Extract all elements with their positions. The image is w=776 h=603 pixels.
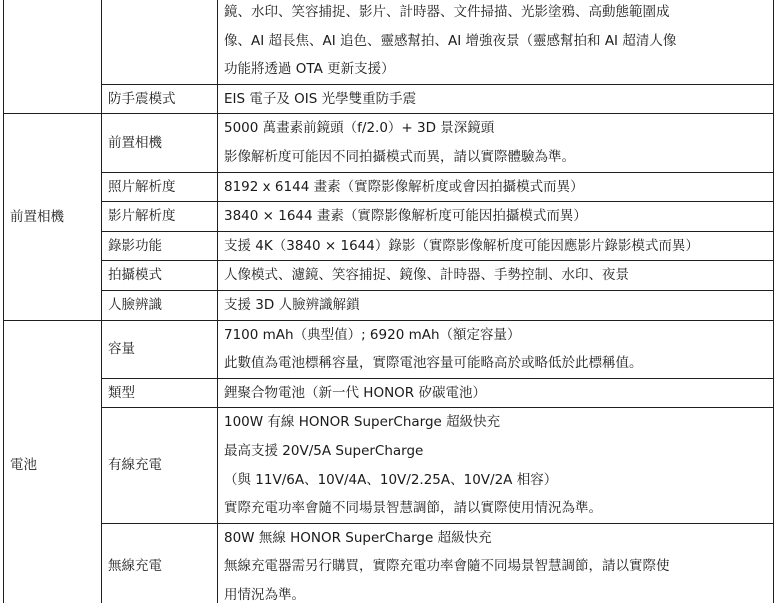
label-cell: 有線充電: [102, 408, 218, 523]
value-cell: 3840 × 1644 畫素（實際影像解析度可能因拍攝模式而異）: [218, 202, 774, 232]
label-cell: 防手震模式: [102, 84, 218, 114]
label-cell: 錄影功能: [102, 231, 218, 261]
value-line: 此數值為電池標稱容量，實際電池容量可能略高於或略低於此標稱值。: [224, 349, 767, 378]
value-line: 鏡、水印、笑容捕捉、影片、計時器、文件掃描、光影塗鴉、高動態範圍成: [224, 0, 767, 27]
label-cell: 人臉辨識: [102, 290, 218, 320]
value-cell: 人像模式、濾鏡、笑容捕捉、鏡像、計時器、手勢控制、水印、夜景: [218, 261, 774, 291]
value-line: 人像模式、濾鏡、笑容捕捉、鏡像、計時器、手勢控制、水印、夜景: [224, 261, 767, 290]
value-line: （與 11V/6A、10V/4A、10V/2.25A、10V/2A 相容）: [224, 466, 767, 495]
table-row: 防手震模式 EIS 電子及 OIS 光學雙重防手震: [4, 84, 774, 114]
value-line: 像、AI 超長焦、AI 追色、靈感幫拍、AI 增強夜景（靈感幫拍和 AI 超清人…: [224, 27, 767, 56]
value-line: 鋰聚合物電池（新一代 HONOR 矽碳電池）: [224, 379, 767, 408]
label-cell: 無線充電: [102, 523, 218, 603]
table-row: 有線充電 100W 有線 HONOR SuperCharge 超級快充 最高支援…: [4, 408, 774, 523]
value-line: 最高支援 20V/5A SuperCharge: [224, 437, 767, 466]
label-cell: 容量: [102, 320, 218, 378]
table-row: 無線充電 80W 無線 HONOR SuperCharge 超級快充 無線充電器…: [4, 523, 774, 603]
spec-table: 鏡、水印、笑容捕捉、影片、計時器、文件掃描、光影塗鴉、高動態範圍成 像、AI 超…: [3, 0, 774, 603]
label-cell: [102, 0, 218, 84]
table-row: 電池 容量 7100 mAh（典型值）; 6920 mAh（額定容量） 此數值為…: [4, 320, 774, 378]
value-cell: 5000 萬畫素前鏡頭（f/2.0）+ 3D 景深鏡頭 影像解析度可能因不同拍攝…: [218, 114, 774, 172]
value-line: 80W 無線 HONOR SuperCharge 超級快充: [224, 524, 767, 553]
value-line: 3840 × 1644 畫素（實際影像解析度可能因拍攝模式而異）: [224, 202, 767, 231]
value-cell: 7100 mAh（典型值）; 6920 mAh（額定容量） 此數值為電池標稱容量…: [218, 320, 774, 378]
table-row: 照片解析度 8192 x 6144 畫素（實際影像解析度或會因拍攝模式而異）: [4, 172, 774, 202]
value-line: 100W 有線 HONOR SuperCharge 超級快充: [224, 408, 767, 437]
value-cell: 鋰聚合物電池（新一代 HONOR 矽碳電池）: [218, 378, 774, 408]
table-row: 鏡、水印、笑容捕捉、影片、計時器、文件掃描、光影塗鴉、高動態範圍成 像、AI 超…: [4, 0, 774, 84]
table-row: 人臉辨識 支援 3D 人臉辨識解鎖: [4, 290, 774, 320]
value-cell: 100W 有線 HONOR SuperCharge 超級快充 最高支援 20V/…: [218, 408, 774, 523]
table-row: 類型 鋰聚合物電池（新一代 HONOR 矽碳電池）: [4, 378, 774, 408]
category-cell: 前置相機: [4, 114, 102, 320]
value-cell: 8192 x 6144 畫素（實際影像解析度或會因拍攝模式而異）: [218, 172, 774, 202]
value-cell: 80W 無線 HONOR SuperCharge 超級快充 無線充電器需另行購買…: [218, 523, 774, 603]
value-line: 支援 3D 人臉辨識解鎖: [224, 291, 767, 320]
value-cell: EIS 電子及 OIS 光學雙重防手震: [218, 84, 774, 114]
value-line: 影像解析度可能因不同拍攝模式而異，請以實際體驗為準。: [224, 143, 767, 172]
label-cell: 類型: [102, 378, 218, 408]
label-cell: 影片解析度: [102, 202, 218, 232]
category-cell: [4, 0, 102, 114]
value-line: 8192 x 6144 畫素（實際影像解析度或會因拍攝模式而異）: [224, 173, 767, 202]
label-cell: 拍攝模式: [102, 261, 218, 291]
value-line: 支援 4K（3840 × 1644）錄影（實際影像解析度可能因應影片錄影模式而異…: [224, 232, 767, 261]
value-cell: 支援 4K（3840 × 1644）錄影（實際影像解析度可能因應影片錄影模式而異…: [218, 231, 774, 261]
value-line: 功能將透過 OTA 更新支援）: [224, 55, 767, 84]
value-line: 用情況為準。: [224, 581, 767, 603]
value-line: 7100 mAh（典型值）; 6920 mAh（額定容量）: [224, 321, 767, 350]
category-cell: 電池: [4, 320, 102, 603]
table-row: 前置相機 前置相機 5000 萬畫素前鏡頭（f/2.0）+ 3D 景深鏡頭 影像…: [4, 114, 774, 172]
table-row: 錄影功能 支援 4K（3840 × 1644）錄影（實際影像解析度可能因應影片錄…: [4, 231, 774, 261]
table-row: 影片解析度 3840 × 1644 畫素（實際影像解析度可能因拍攝模式而異）: [4, 202, 774, 232]
value-cell: 支援 3D 人臉辨識解鎖: [218, 290, 774, 320]
value-cell: 鏡、水印、笑容捕捉、影片、計時器、文件掃描、光影塗鴉、高動態範圍成 像、AI 超…: [218, 0, 774, 84]
value-line: EIS 電子及 OIS 光學雙重防手震: [224, 85, 767, 114]
value-line: 5000 萬畫素前鏡頭（f/2.0）+ 3D 景深鏡頭: [224, 114, 767, 143]
table-row: 拍攝模式 人像模式、濾鏡、笑容捕捉、鏡像、計時器、手勢控制、水印、夜景: [4, 261, 774, 291]
value-line: 實際充電功率會隨不同場景智慧調節，請以實際使用情況為準。: [224, 494, 767, 523]
label-cell: 照片解析度: [102, 172, 218, 202]
value-line: 無線充電器需另行購買，實際充電功率會隨不同場景智慧調節，請以實際使: [224, 552, 767, 581]
label-cell: 前置相機: [102, 114, 218, 172]
